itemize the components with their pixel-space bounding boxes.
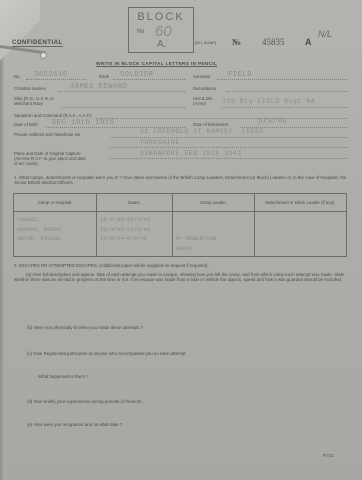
surname-value[interactable]: FIELD — [228, 71, 252, 79]
capture-line — [110, 158, 347, 159]
serial-number: 45835 — [262, 37, 285, 47]
address-value-1[interactable]: 21 FREEHOLD ST RAMSEY, LEEDS — [140, 128, 264, 135]
christian-names-label: Christian Names — [14, 86, 46, 91]
stamp-title: BLOCK — [129, 11, 193, 23]
question-2c: (c) Give Regimental particulars of anyon… — [27, 351, 187, 356]
dates-cell[interactable]: 15-2-42—28/4/43 28/4/43—11/6/44 14/6/44—… — [97, 212, 173, 257]
leader-cell[interactable]: Mr ROBERTSON HAMIL — [173, 212, 255, 257]
camp-row-1: CHANGI, — [17, 215, 93, 225]
address-line-2 — [110, 147, 347, 148]
pto-label: P.T.O. — [323, 453, 335, 458]
enlistment-label: Date of Enlistment — [193, 122, 228, 127]
address-value-2[interactable]: YORKSHIRE — [140, 139, 180, 146]
address-label: Private Address and Telephone No. — [14, 132, 81, 137]
unit-line — [222, 107, 347, 108]
christian-names-value[interactable]: JAMES EDWARD — [70, 83, 128, 91]
stamp-number: 60 — [155, 23, 172, 40]
camp-row-2: SHIMOA, KOREA — [17, 225, 93, 235]
unit-label: Unit & Div. (Army) — [193, 96, 221, 106]
dates-row-2: 28/4/43—11/6/44 — [100, 225, 169, 235]
col-camp-header: Camp or Hospital. — [14, 194, 97, 212]
squadron-line — [96, 118, 347, 119]
serial-label: № — [232, 37, 241, 47]
stamp-no-label: № — [137, 28, 145, 35]
camp-row-3: OHIVE, KYUSHU — [17, 234, 93, 244]
ship-label: Ship (R.N., U.S.N. or Merchant Navy — [14, 96, 64, 106]
capture-label: Place and Date of Original Capture (Airc… — [14, 151, 86, 166]
no-label: No. — [14, 74, 21, 79]
rank-label: Rank — [99, 74, 109, 79]
page-edge — [0, 0, 4, 480]
decorations-line — [226, 91, 347, 92]
handwritten-annotation: N/L — [318, 29, 332, 39]
camps-table: Camp or Hospital. Dates. Camp Leader. De… — [13, 193, 347, 257]
form-reference: (M.I. 9/JAP) — [195, 40, 216, 45]
address-line-1 — [110, 137, 347, 138]
decorations-label: Decorations — [193, 86, 216, 91]
section1-question: 1. What camps, detachments or hospitals … — [14, 175, 349, 185]
unit-value[interactable]: 155 Bty FIELD Regt RA — [222, 98, 315, 105]
instruction-heading: WRITE IN BLOCK CAPITAL LETTERS IN PENCIL — [96, 61, 217, 67]
dates-row-3: 14/6/44—9/9/45 — [100, 234, 169, 244]
classification-label: CONFIDENTIAL — [12, 40, 63, 47]
col-leader-header: Camp Leader. — [173, 194, 255, 212]
detachment-cell[interactable] — [255, 212, 347, 257]
question-2a: (a) Give full description and approx. da… — [14, 272, 349, 282]
question-2c-followup: What happened to them ? — [38, 374, 89, 379]
dob-label: Date of Birth — [14, 122, 38, 127]
capture-value[interactable]: SINGAPORE FEB 15th 1942 — [140, 150, 242, 157]
no-line — [26, 79, 86, 80]
rank-value[interactable]: SOLDIER — [120, 71, 154, 79]
serial-suffix: A — [305, 37, 312, 47]
enlistment-value[interactable]: 5/3/40 — [258, 118, 287, 126]
surname-label: Surname — [193, 74, 210, 79]
section2-heading: 2. ESCAPES OR ATTEMPTED ESCAPES. (Additi… — [14, 263, 209, 268]
surname-line — [217, 79, 347, 80]
ship-line — [62, 107, 185, 108]
christian-names-line — [58, 91, 185, 92]
stamp-letter: A. — [157, 39, 166, 50]
rank-line — [113, 79, 185, 80]
block-stamp: BLOCK № 60 A. — [128, 7, 194, 53]
table-row: CHANGI, SHIMOA, KOREA OHIVE, KYUSHU 15-2… — [14, 212, 347, 257]
leader-row-3: Mr ROBERTSON HAMIL — [176, 234, 236, 253]
squadron-label: Squadron and Command (R.A.F., A.A.F.) — [14, 113, 91, 118]
question-2b: (b) Were you physically fit when you mad… — [27, 325, 143, 330]
col-detachment-header: Detachment or Block Leader (if any). — [255, 194, 347, 212]
no-value[interactable]: 3852616 — [34, 71, 68, 79]
col-dates-header: Dates. — [97, 194, 173, 212]
dates-row-1: 15-2-42—28/4/43 — [100, 215, 169, 225]
question-2e: (e) How were you recaptured and on what … — [27, 422, 122, 427]
pin-head-icon — [40, 52, 47, 59]
form-page: BLOCK № 60 A. CONFIDENTIAL (M.I. 9/JAP) … — [0, 0, 362, 480]
question-2d: (d) Give briefly your experiences during… — [27, 399, 143, 404]
camps-header-row: Camp or Hospital. Dates. Camp Leader. De… — [14, 194, 347, 212]
dob-value[interactable]: DEC 10th 1916 — [52, 119, 114, 127]
camp-cell[interactable]: CHANGI, SHIMOA, KOREA OHIVE, KYUSHU — [14, 212, 97, 257]
